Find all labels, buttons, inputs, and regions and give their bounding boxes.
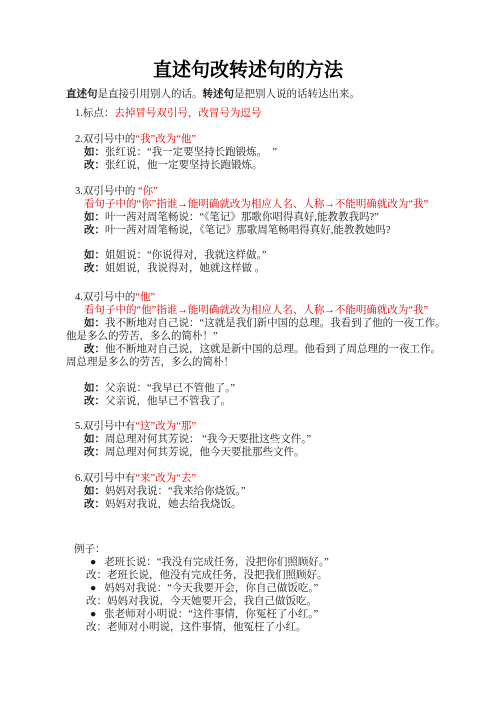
text-run: ● 老班长说：“我没有完成任务，没把你们照顾好。” [90, 557, 329, 568]
bold-label: 改： [84, 159, 105, 171]
text-run: 6.双引号中有 [75, 473, 135, 484]
text-run: 5.双引号中有 [75, 421, 135, 432]
text-run: 改：老师对小明说，这件事情，他冤枉了小红。 [86, 622, 307, 633]
example-bullet-line: ● 张老师对小明说：“这件事情，你冤枉了小红。” [90, 608, 430, 621]
doc-line: 改：姐姐说，我说得对，她就这样做 。 [84, 262, 430, 275]
text-run: 叶一茜对周笔畅说，《笔记》那歌周笔畅唱得真好,能教教她吗? [105, 225, 391, 236]
doc-line: 如：妈妈对我说：“我来给你烧饭。” [84, 485, 430, 498]
bold-label: 改： [84, 395, 105, 407]
doc-line: 改：他不断地对自己说，这就是新中国的总理。他看到了周总理的一夜工作。 [84, 343, 430, 356]
doc-line: 直述句是直接引用别人的话。转述句是把别人说的话转达出来。 [66, 88, 430, 101]
highlight-text: 去掉冒号双引号，改冒号为逗号 [114, 108, 261, 119]
highlight-text: “他” [135, 292, 155, 303]
document-body: 直述句是直接引用别人的话。转述句是把别人说的话转达出来。1.标点：去掉冒号双引号… [66, 88, 430, 634]
example-answer-line: 改：老师对小明说，这件事情，他冤枉了小红。 [86, 621, 430, 634]
rule-heading-line: 4.双引号中的“他” [75, 291, 430, 304]
bold-label: 如： [84, 382, 105, 394]
bold-label: 改： [84, 446, 105, 458]
doc-line: 改：张红说，他一定要坚持长跑锻炼。 [84, 159, 430, 172]
highlight-text: 看句子中的“他”指谁→能明确就改为相应人名、人称→不能明确就改为“我” [84, 305, 428, 316]
bold-label: 如： [84, 485, 105, 497]
text-run: 妈妈对我说，她去给我烧饭。 [105, 499, 242, 510]
text-run: 我不断地对自己说：“这就是我们新中国的总理。我看到了他的一夜工作。 [105, 318, 446, 329]
text-run: ● 张老师对小明说：“这件事情，你冤枉了小红。” [90, 609, 318, 620]
text-run: 4.双引号中的 [75, 292, 135, 303]
text-run: 3.双引号中的 [75, 186, 138, 197]
rule-note-line: 看句子中的“他”指谁→能明确就改为相应人名、人称→不能明确就改为“我” [84, 304, 430, 317]
bold-label: 直述句 [66, 88, 98, 100]
text-run: 是把别人说的话转达出来。 [234, 89, 360, 100]
rule-heading-line: 5.双引号中有“这”改为“那” [75, 420, 430, 433]
bold-label: 改： [84, 343, 105, 355]
rule-note-line: 看句子中的“你”指谁→能明确就改为相应人名、人称→不能明确就改为“我” [84, 198, 430, 211]
highlight-text: “这”改为“那” [135, 421, 196, 432]
bold-label: 如： [84, 433, 105, 445]
text-run: 父亲说：“我早已不管他了。” [105, 383, 235, 394]
example-bullet-line: ● 妈妈对我说：“今天我要开会，你自己做饭吃。” [90, 582, 430, 595]
document-title: 直述句改转述句的方法 [66, 59, 430, 82]
example-answer-line: 改：妈妈对我说，今天她要开会，我自己做饭吃。 [86, 595, 430, 608]
text-run: 周总理对何其芳说： “我今天要批这些文件。” [105, 434, 311, 445]
doc-line: 如：姐姐说：“你说得对，我就这样做。” [84, 249, 430, 262]
document-page: 直述句改转述句的方法 直述句是直接引用别人的话。转述句是把别人说的话转达出来。1… [0, 0, 496, 702]
text-run: 2.双引号中的 [75, 134, 135, 145]
doc-line: 改：叶一茜对周笔畅说，《笔记》那歌周笔畅唱得真好,能教教她吗? [84, 224, 430, 237]
bold-label: 改： [84, 262, 105, 274]
bold-label: 改： [84, 224, 105, 236]
bold-label: 如： [84, 249, 105, 261]
text-run: 姐姐说：“你说得对，我就这样做。” [105, 250, 267, 261]
bold-label: 改： [84, 498, 105, 510]
doc-line: 如：父亲说：“我早已不管他了。” [84, 382, 430, 395]
text-run: 姐姐说，我说得对，她就这样做 。 [105, 263, 265, 274]
text-run: 他是多么的劳苦，多么的简朴！” [66, 331, 218, 342]
doc-line: 周总理是多么的劳苦，多么的简朴！ [66, 356, 430, 369]
text-run: 张红说，他一定要坚持长跑锻炼。 [105, 160, 263, 171]
text-run: 是直接引用别人的话。 [98, 89, 203, 100]
doc-line: 如：叶一茜对周笔畅说：“《笔记》那歌你唱得真好,能教教我吗?” [84, 211, 430, 224]
text-run: 他不断地对自己说，这就是新中国的总理。他看到了周总理的一夜工作。 [105, 344, 441, 355]
text-run: ● 妈妈对我说：“今天我要开会，你自己做饭吃。” [90, 583, 318, 594]
highlight-text: “我”改为“他” [135, 134, 196, 145]
text-run: 改：老班长说，他没有完成任务，没把我们照顾好。 [86, 570, 328, 581]
text-run: 改：妈妈对我说，今天她要开会，我自己做饭吃。 [86, 596, 317, 607]
doc-line: 改：父亲说，他早已不管我了。 [84, 395, 430, 408]
text-run: 1.标点： [75, 108, 114, 119]
bold-label: 如： [84, 146, 105, 158]
doc-line: 改：周总理对何其芳说，他今天要批那些文件。 [84, 446, 430, 459]
rule-heading-line: 6.双引号中有“来”改为“去” [75, 472, 430, 485]
rule-heading-line: 2.双引号中的“我”改为“他” [75, 133, 430, 146]
doc-line: 他是多么的劳苦，多么的简朴！” [66, 330, 430, 343]
doc-line: 如：周总理对何其芳说： “我今天要批这些文件。” [84, 433, 430, 446]
text-run: 张红说：“我一定要坚持长跑锻炼。 ” [105, 147, 277, 158]
example-answer-line: 改：老班长说，他没有完成任务，没把我们照顾好。 [86, 569, 430, 582]
highlight-text: 看句子中的“你”指谁→能明确就改为相应人名、人称→不能明确就改为“我” [84, 199, 428, 210]
doc-line: 例子： [74, 543, 430, 556]
highlight-text: “来”改为“去” [135, 473, 196, 484]
highlight-text: “你” [138, 186, 158, 197]
rule-heading-line: 3.双引号中的 “你” [75, 185, 430, 198]
doc-line: 如：我不断地对自己说：“这就是我们新中国的总理。我看到了他的一夜工作。 [84, 317, 430, 330]
bold-label: 如： [84, 317, 105, 329]
example-bullet-line: ● 老班长说：“我没有完成任务，没把你们照顾好。” [90, 556, 430, 569]
rule-heading-line: 1.标点：去掉冒号双引号，改冒号为逗号 [75, 107, 430, 120]
text-run: 叶一茜对周笔畅说：“《笔记》那歌你唱得真好,能教教我吗?” [105, 212, 379, 223]
doc-line: 如：张红说：“我一定要坚持长跑锻炼。 ” [84, 146, 430, 159]
text-run: 例子： [74, 544, 106, 555]
doc-line: 改：妈妈对我说，她去给我烧饭。 [84, 498, 430, 511]
text-run: 妈妈对我说：“我来给你烧饭。” [105, 486, 246, 497]
bold-label: 转述句 [203, 88, 235, 100]
text-run: 周总理是多么的劳苦，多么的简朴！ [66, 357, 234, 368]
text-run: 周总理对何其芳说，他今天要批那些文件。 [105, 447, 305, 458]
text-run: 父亲说，他早已不管我了。 [105, 396, 231, 407]
bold-label: 如： [84, 211, 105, 223]
